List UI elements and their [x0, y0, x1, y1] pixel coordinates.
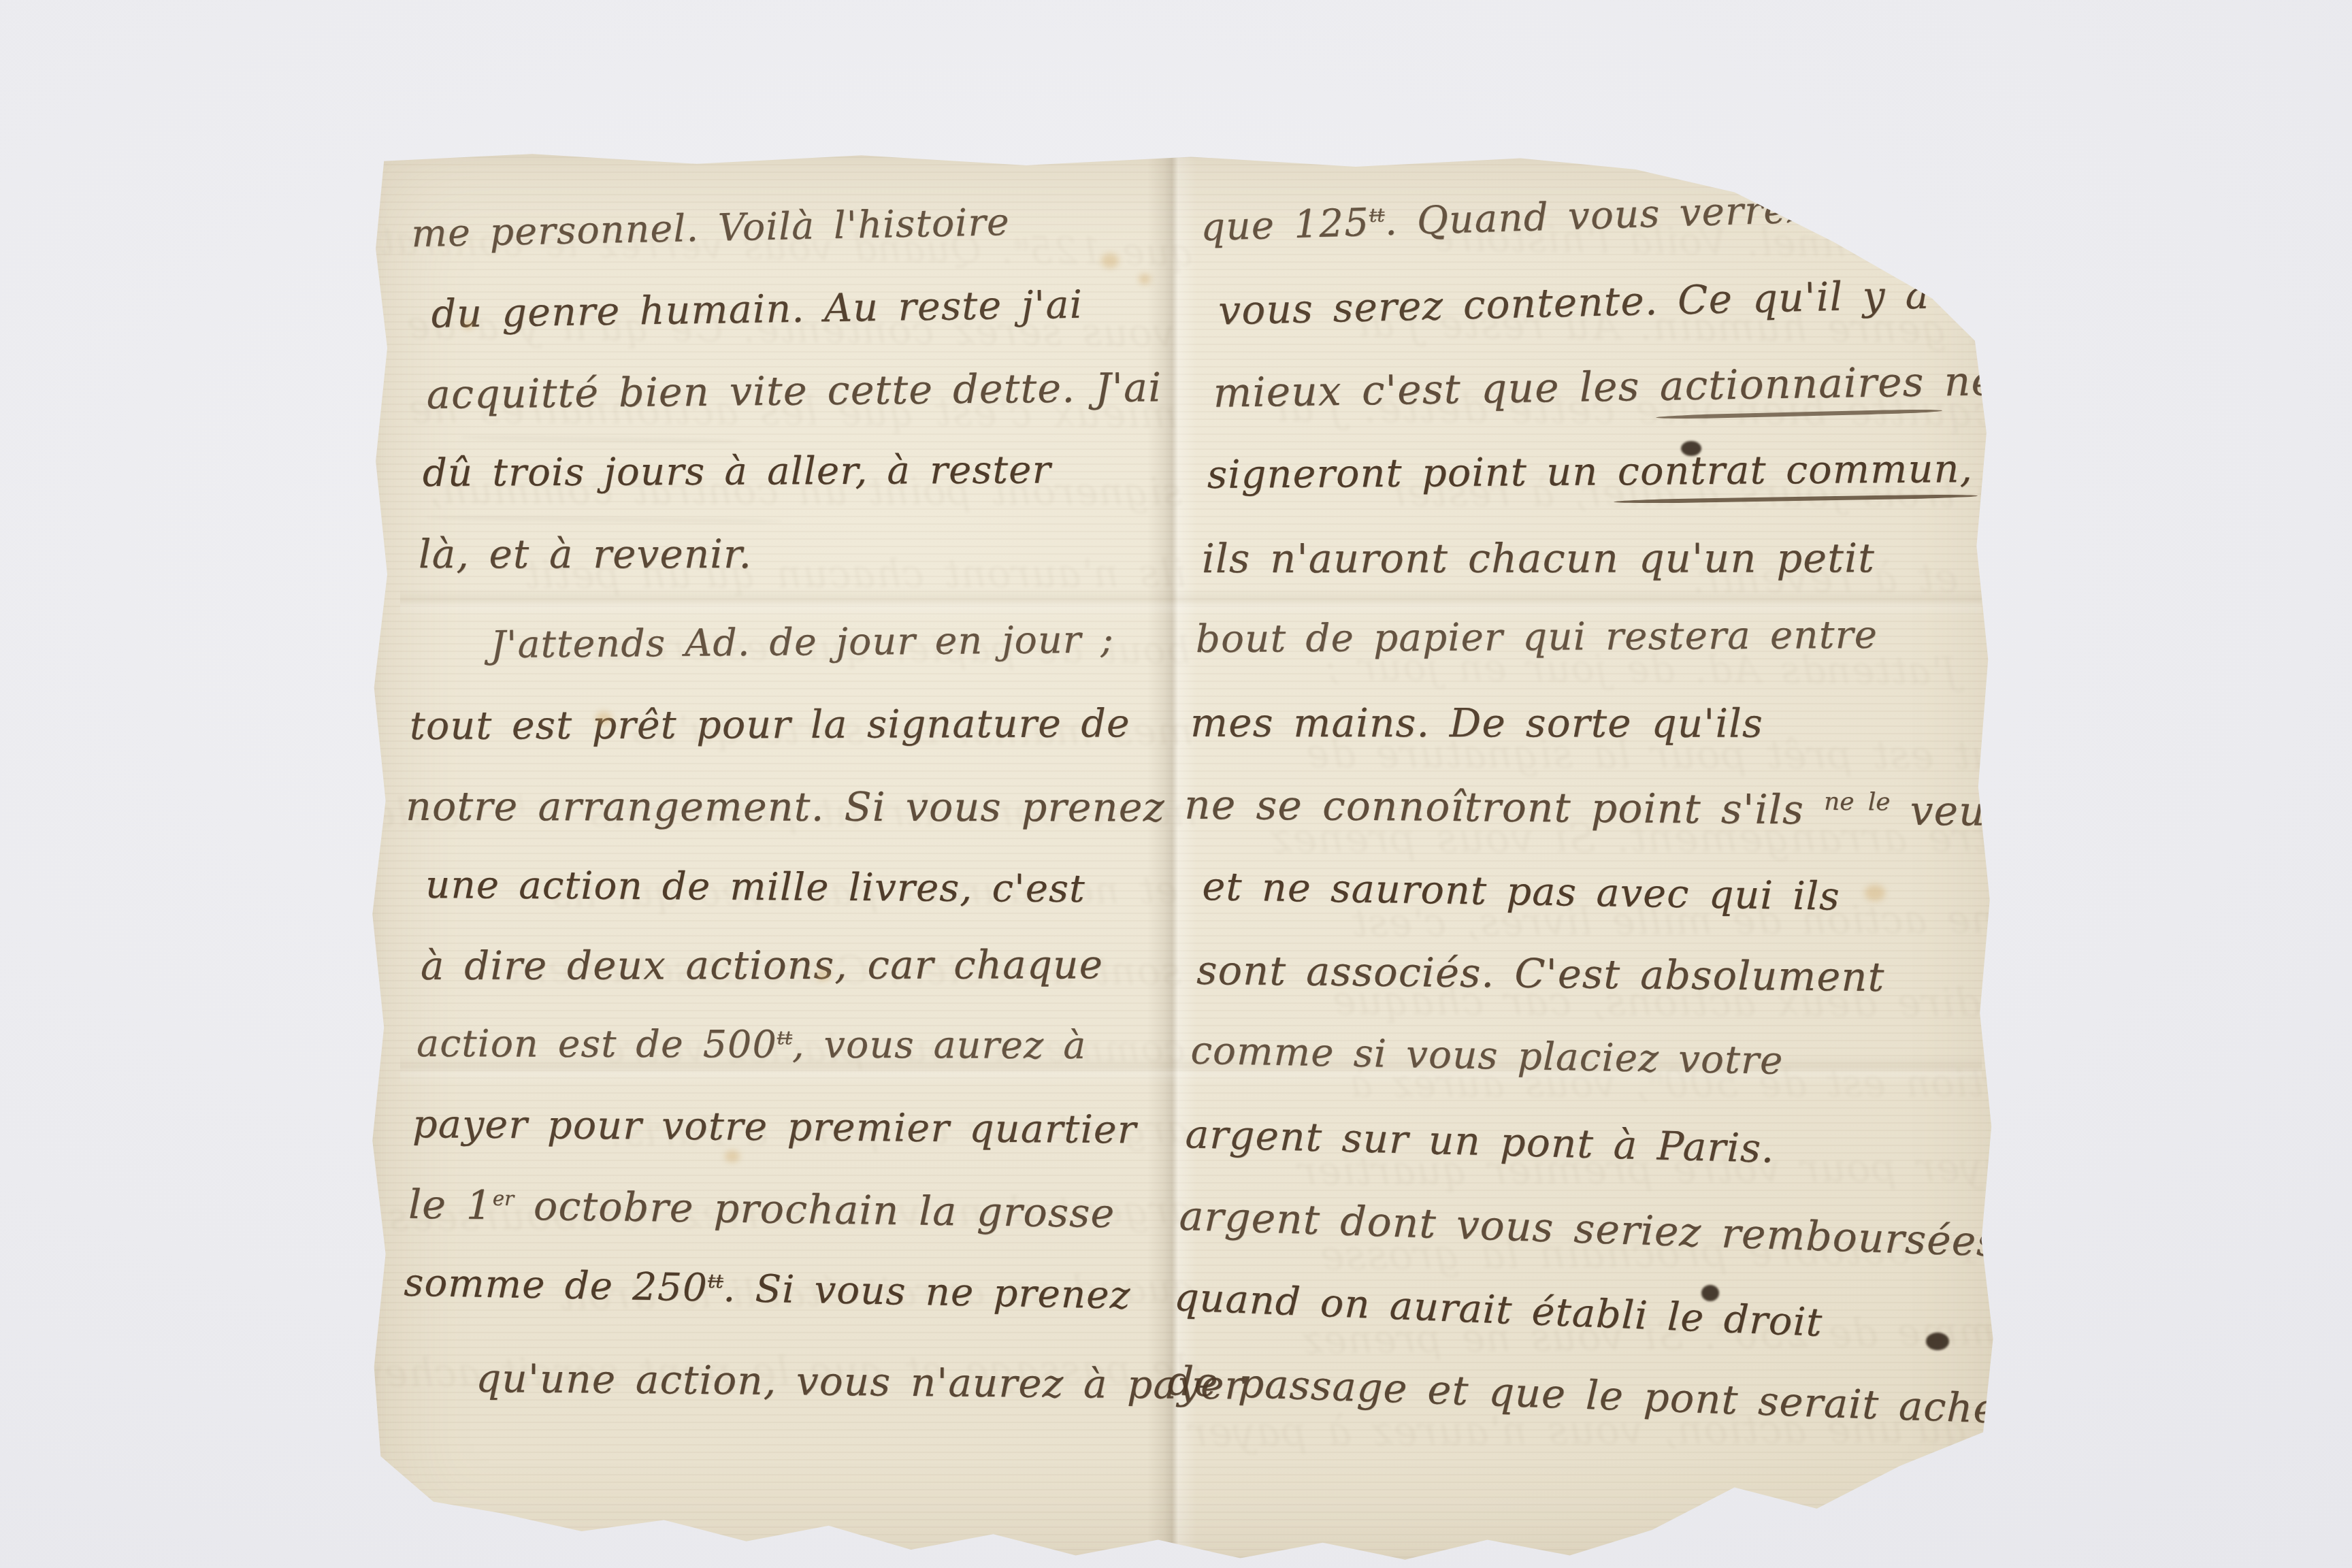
handwritten-line: bout de papier qui restera entre: [1196, 612, 2027, 700]
handwritten-line: mes mains. De sorte qu'ils: [1190, 700, 2021, 783]
interlinear-insertion: ne le: [1824, 788, 1891, 817]
handwritten-line: notre arrangement. Si vous prenez: [406, 783, 1181, 864]
handwritten-line: sont associés. C'est absolument: [1196, 947, 2027, 1037]
handwritten-line: une action de mille livres, c'est: [425, 863, 1202, 947]
livre-symbol: tt: [777, 1026, 792, 1049]
handwritten-line: qu'une action, vous n'aurez à payer: [399, 1354, 1175, 1441]
right-page-text: que 125tt. Quand vous verrez le contratv…: [1206, 206, 2036, 1441]
handwritten-line: me personnel. Voilà l'histoire: [411, 197, 1188, 292]
paragraph-indent: [414, 657, 491, 658]
handwritten-line: signeront point un contrat commun,: [1207, 446, 2038, 535]
handwritten-line: et ne sauront pas avec qui ils: [1201, 864, 2033, 960]
handwritten-line: vous serez contente. Ce qu'il y a de: [1218, 269, 2050, 370]
handwritten-line: dû trois jours à aller, à rester: [423, 447, 1199, 531]
handwritten-line: J'attends Ad. de jour en jour ;: [414, 618, 1191, 704]
handwritten-line: action est de 500tt, vous aurez à: [416, 1022, 1192, 1105]
handwritten-line: payer pour votre premier quartier: [412, 1102, 1189, 1188]
left-page-text: me personnel. Voilà l'histoiredu genre h…: [422, 212, 1198, 1434]
handwritten-line: à dire deux actions, car chaque: [421, 941, 1196, 1022]
underlined-phrase: contrat commun: [1618, 446, 1960, 494]
handwritten-line: ils n'auront chacun qu'un petit: [1202, 534, 2032, 617]
paragraph-indent: [399, 1391, 476, 1392]
handwritten-line: mieux c'est que les actionnaires ne: [1213, 357, 2044, 453]
handwritten-line: acquitté bien vite cette dette. J'ai: [426, 364, 1203, 451]
letter-sheet: que 125tt. Quand vous verrez le contratv…: [367, 150, 2014, 1565]
handwritten-line: du genre humain. Au reste j'ai: [431, 280, 1208, 372]
handwritten-line: là, et à revenir.: [419, 531, 1194, 610]
handwritten-line: comme si vous placiez votre: [1190, 1029, 2021, 1126]
livre-symbol: tt: [1369, 203, 1385, 227]
handwritten-line: tout est prêt pour la signature de: [410, 701, 1186, 783]
handwritten-line: que 125tt. Quand vous verrez le contrat: [1200, 180, 2032, 288]
underlined-phrase: actionnaires: [1659, 359, 1925, 410]
superscript-ordinal: er: [493, 1187, 514, 1210]
photo-background: que 125tt. Quand vous verrez le contratv…: [0, 0, 2352, 1568]
handwritten-line: ne se connoîtront point s'ils ne le veul…: [1183, 782, 2014, 871]
livre-symbol: tt: [708, 1270, 723, 1292]
handwritten-line: somme de 250tt. Si vous ne prenez: [403, 1261, 1180, 1354]
handwritten-line: le 1er octobre prochain la grosse: [408, 1181, 1184, 1271]
